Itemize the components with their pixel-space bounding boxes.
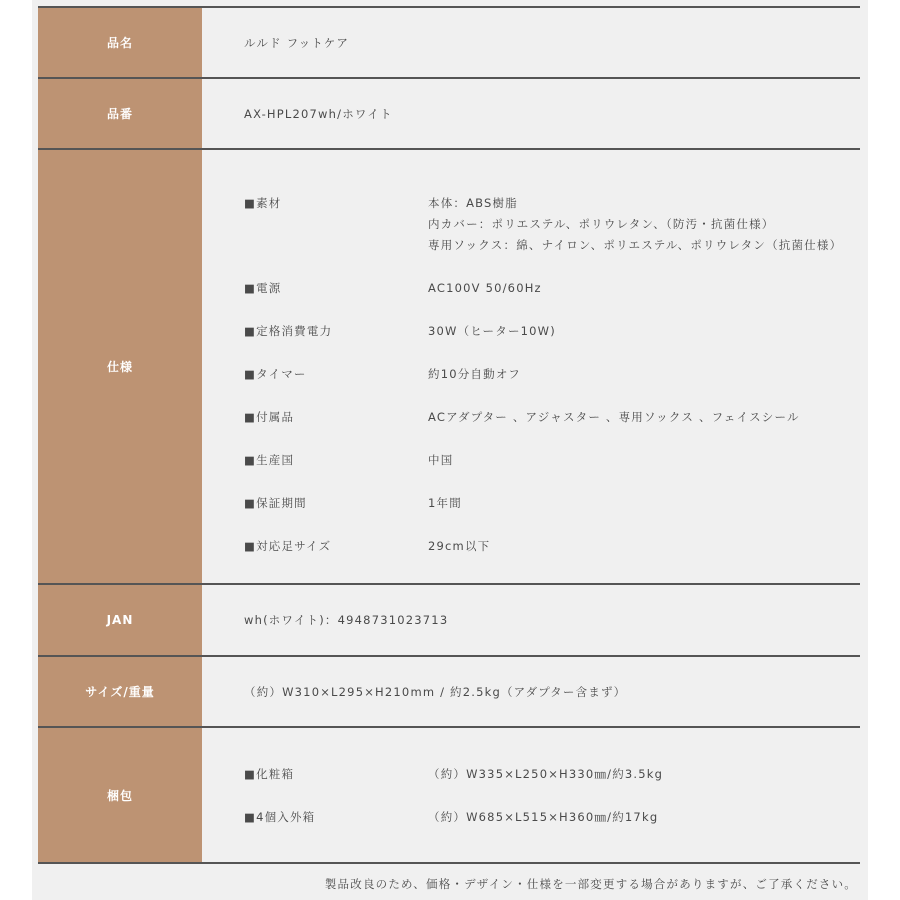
spec-value: 本体：ABS樹脂 内カバー：ポリエステル、ポリウレタン、（防汚・抗菌仕様） 専用… <box>428 193 860 256</box>
label-specs: 仕様 <box>38 150 202 583</box>
spec-value-line: 内カバー：ポリエステル、ポリウレタン、（防汚・抗菌仕様） <box>428 214 860 235</box>
spec-value: 中国 <box>428 450 860 471</box>
spec-key: ■定格消費電力 <box>244 321 428 342</box>
spec-key: ■素材 <box>244 193 428 256</box>
value-packaging: ■化粧箱 （約）W335×L250×H330㎜/約3.5kg ■4個入外箱 （約… <box>202 728 860 862</box>
row-specs: 仕様 ■素材 本体：ABS樹脂 内カバー：ポリエステル、ポリウレタン、（防汚・抗… <box>38 150 860 585</box>
product-spec-table: 品名 ルルド フットケア 品番 AX-HPL207wh/ホワイト 仕様 ■素材 … <box>38 6 860 864</box>
spec-value-line: 専用ソックス：綿、ナイロン、ポリエステル、ポリウレタン（抗菌仕様） <box>428 235 860 256</box>
value-product-name: ルルド フットケア <box>202 8 860 77</box>
spec-key: ■保証期間 <box>244 493 428 514</box>
value-product-number: AX-HPL207wh/ホワイト <box>202 79 860 148</box>
label-product-number: 品番 <box>38 79 202 148</box>
packaging-key: ■化粧箱 <box>244 766 428 782</box>
spec-value-line: 本体：ABS樹脂 <box>428 193 860 214</box>
label-product-name: 品名 <box>38 8 202 77</box>
spec-item-power: ■電源 AC100V 50/60Hz <box>244 278 860 299</box>
spec-value: 29cm以下 <box>428 536 860 557</box>
spec-item-warranty: ■保証期間 1年間 <box>244 493 860 514</box>
row-jan: JAN wh(ホワイト)：4948731023713 <box>38 585 860 657</box>
spec-key: ■電源 <box>244 278 428 299</box>
row-packaging: 梱包 ■化粧箱 （約）W335×L250×H330㎜/約3.5kg ■4個入外箱… <box>38 728 860 864</box>
value-specs: ■素材 本体：ABS樹脂 内カバー：ポリエステル、ポリウレタン、（防汚・抗菌仕様… <box>202 150 860 583</box>
spec-item-origin: ■生産国 中国 <box>244 450 860 471</box>
spec-item-foot-size: ■対応足サイズ 29cm以下 <box>244 536 860 557</box>
spec-item-timer: ■タイマー 約10分自動オフ <box>244 364 860 385</box>
row-product-name: 品名 ルルド フットケア <box>38 8 860 79</box>
spec-key: ■対応足サイズ <box>244 536 428 557</box>
spec-value: 30W（ヒーター10W) <box>428 321 860 342</box>
row-product-number: 品番 AX-HPL207wh/ホワイト <box>38 79 860 150</box>
packaging-item-gift-box: ■化粧箱 （約）W335×L250×H330㎜/約3.5kg <box>244 752 860 795</box>
packaging-item-outer-box: ■4個入外箱 （約）W685×L515×H360㎜/約17kg <box>244 795 860 838</box>
label-packaging: 梱包 <box>38 728 202 862</box>
footer-note: 製品改良のため、価格・デザイン・仕様を一部変更する場合がありますが、ご了承くださ… <box>325 876 857 892</box>
spec-item-material: ■素材 本体：ABS樹脂 内カバー：ポリエステル、ポリウレタン、（防汚・抗菌仕様… <box>244 193 860 256</box>
spec-key: ■生産国 <box>244 450 428 471</box>
spec-item-rated-power: ■定格消費電力 30W（ヒーター10W) <box>244 321 860 342</box>
label-size-weight: サイズ/重量 <box>38 657 202 726</box>
spec-value: ACアダプター 、アジャスター 、専用ソックス 、フェイスシール <box>428 407 860 428</box>
value-jan: wh(ホワイト)：4948731023713 <box>202 585 860 655</box>
packaging-value: （約）W685×L515×H360㎜/約17kg <box>428 809 860 825</box>
spec-key: ■タイマー <box>244 364 428 385</box>
spec-value: AC100V 50/60Hz <box>428 278 860 299</box>
spec-value: 約10分自動オフ <box>428 364 860 385</box>
spec-item-accessories: ■付属品 ACアダプター 、アジャスター 、専用ソックス 、フェイスシール <box>244 407 860 428</box>
packaging-list: ■化粧箱 （約）W335×L250×H330㎜/約3.5kg ■4個入外箱 （約… <box>244 752 860 838</box>
packaging-value: （約）W335×L250×H330㎜/約3.5kg <box>428 766 860 782</box>
spec-key: ■付属品 <box>244 407 428 428</box>
row-size-weight: サイズ/重量 （約）W310×L295×H210mm / 約2.5kg（アダプタ… <box>38 657 860 728</box>
value-size-weight: （約）W310×L295×H210mm / 約2.5kg（アダプター含まず） <box>202 657 860 726</box>
spec-value: 1年間 <box>428 493 860 514</box>
spec-list: ■素材 本体：ABS樹脂 内カバー：ポリエステル、ポリウレタン、（防汚・抗菌仕様… <box>244 154 860 579</box>
packaging-key: ■4個入外箱 <box>244 809 428 825</box>
label-jan: JAN <box>38 585 202 655</box>
